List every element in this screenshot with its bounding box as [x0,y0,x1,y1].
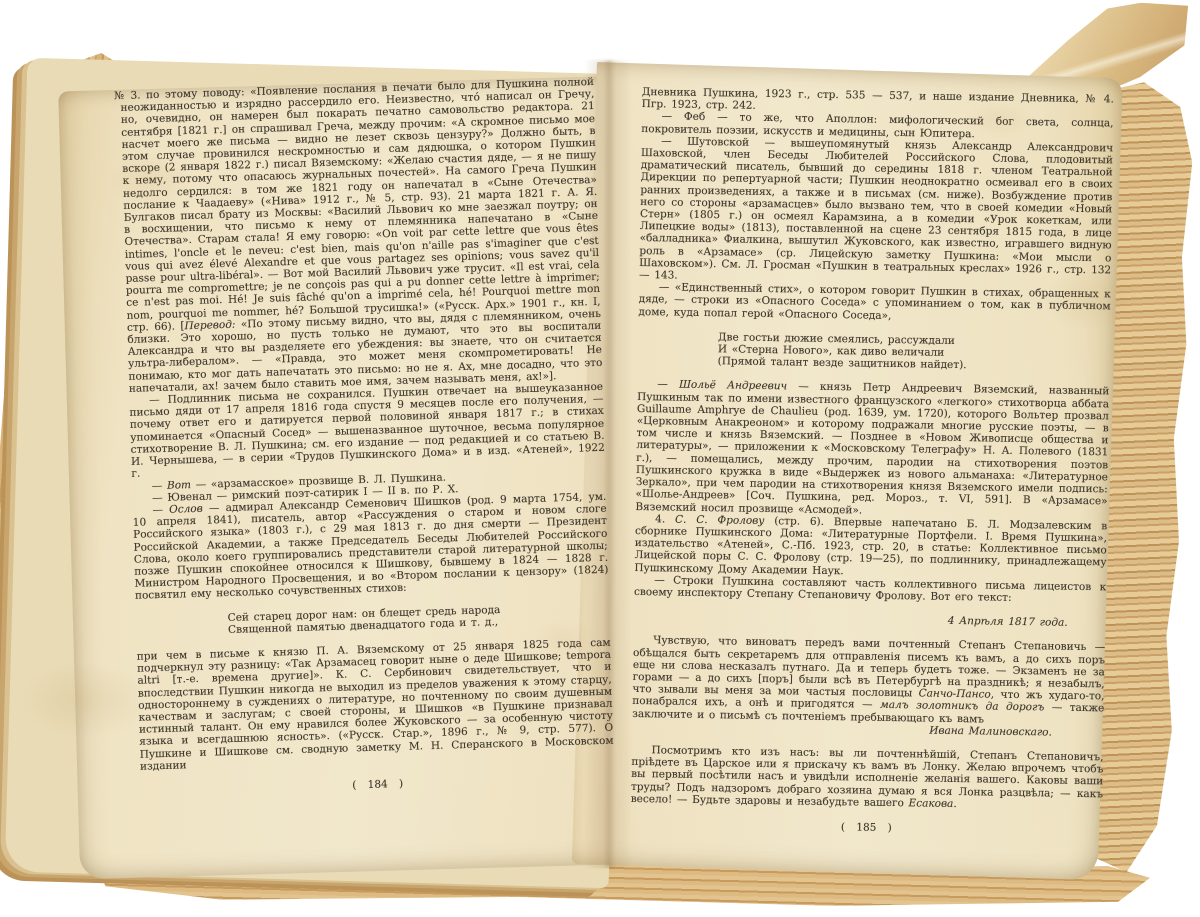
text-block-para: — Ослов — адмирал Александр Семенович Ши… [132,491,609,603]
text-block-para: — Подлинник письма не сохранился. Пушкин… [129,381,605,480]
text-block-flush: при чем в письме к князю П. А. Вяземском… [137,637,614,773]
text-block-para: — «Единственный стих», о котором говорит… [638,281,1111,325]
book-photo: № 3. по этому поводу: «Появление послани… [0,0,1200,917]
right-page-text: Дневника Пушкина, 1923 г., стр. 535 — 53… [630,86,1114,837]
text-block-para: — Шольё Андреевич — князь Петр Андреевич… [635,378,1109,520]
text-block-para: Посмотримъ кто изъ насъ: вы ли почтеннѣй… [631,744,1104,812]
text-block-hang: № 3. по этому поводу: «Появление послани… [120,76,603,395]
text-block-para: Чувствую, что виноватъ передъ вами почте… [632,634,1105,727]
text-block-para: — Шутовской — вышеупомянутый князь Алекс… [639,135,1113,289]
left-page-text: № 3. по этому поводу: «Появление послани… [120,76,615,798]
text-block-para: 4. С. С. Фролову (стр. 6). Впервые напеч… [634,513,1107,581]
text-block-date: 4 Апрѣля 1817 года. [634,610,1068,629]
